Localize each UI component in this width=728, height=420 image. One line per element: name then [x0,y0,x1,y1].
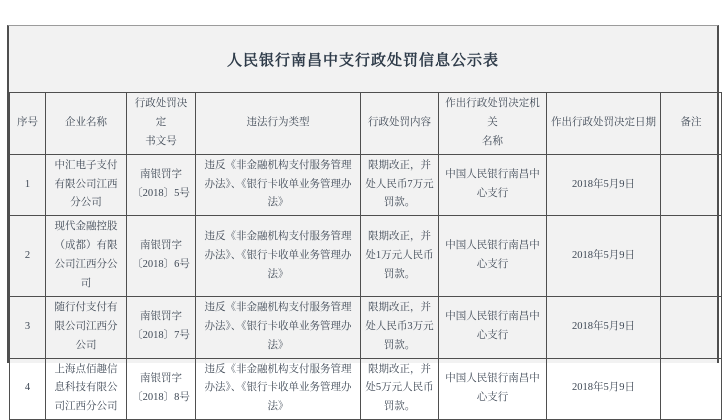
column-header-doc_no: 行政处罚决定 书文号 [127,93,196,155]
table-row: 3随行付支付有限公司江西分公司南银罚字 〔2018〕7号违反《非金融机构支付服务… [10,296,722,358]
table-row: 2现代金融控股（成都）有限公司江西分公司南银罚字 〔2018〕6号违反《非金融机… [10,216,722,297]
cell-doc_no: 南银罚字 〔2018〕6号 [127,216,196,297]
cell-doc_no: 南银罚字 〔2018〕8号 [127,358,196,371]
column-header-company: 企业名称 [46,93,127,155]
cell-penalty: 限期改正，并处人民币3万元罚款。 [361,296,439,358]
cell-company: 现代金融控股（成都）有限公司江西分公司 [46,216,127,297]
cell-date: 2018年5月9日 [547,296,661,358]
cell-doc_no: 南银罚字 〔2018〕5号 [127,154,196,216]
page-title: 人民银行南昌中支行政处罚信息公示表 [227,49,499,70]
cell-violation: 违反《非金融机构支付服务管理办法》、《银行卡收单业务管理办法》 [196,216,361,297]
column-header-remarks: 备注 [661,93,722,155]
column-header-index: 序号 [10,93,46,155]
penalty-disclosure-panel: 人民银行南昌中支行政处罚信息公示表 序号企业名称行政处罚决定 书文号违法行为类型… [7,25,719,363]
cell-index: 2 [10,216,46,297]
column-header-violation: 违法行为类型 [196,93,361,155]
cell-date: 2018年5月9日 [547,358,661,371]
cell-violation: 违反《非金融机构支付服务管理办法》、《银行卡收单业务管理办法》 [196,358,361,371]
title-band: 人民银行南昌中支行政处罚信息公示表 [9,26,717,92]
header-row: 序号企业名称行政处罚决定 书文号违法行为类型行政处罚内容作出行政处罚决定机关 名… [10,93,722,155]
cell-remarks [661,296,722,358]
cell-date: 2018年5月9日 [547,216,661,297]
cell-penalty: 限期改正，并处1万元人民币罚款。 [361,216,439,297]
cell-authority: 中国人民银行南昌中心支行 [439,154,547,216]
column-header-authority: 作出行政处罚决定机关 名称 [439,93,547,155]
table-body: 1中汇电子支付有限公司江西分公司南银罚字 〔2018〕5号违反《非金融机构支付服… [10,154,722,371]
cell-doc_no: 南银罚字 〔2018〕7号 [127,296,196,358]
cell-penalty: 限期改正，并处5万元人民币罚款。 [361,358,439,371]
table-row: 1中汇电子支付有限公司江西分公司南银罚字 〔2018〕5号违反《非金融机构支付服… [10,154,722,216]
cell-violation: 违反《非金融机构支付服务管理办法》、《银行卡收单业务管理办法》 [196,296,361,358]
cell-authority: 中国人民银行南昌中心支行 [439,216,547,297]
cell-remarks [661,358,722,371]
column-header-penalty: 行政处罚内容 [361,93,439,155]
cell-violation: 违反《非金融机构支付服务管理办法》、《银行卡收单业务管理办法》 [196,154,361,216]
cell-penalty: 限期改正，并处人民币7万元罚款。 [361,154,439,216]
cell-company: 中汇电子支付有限公司江西分公司 [46,154,127,216]
cell-company: 上海点佰趣信息科技有限公司江西分公司 [46,358,127,371]
cell-remarks [661,154,722,216]
cell-authority: 中国人民银行南昌中心支行 [439,296,547,358]
cell-index: 3 [10,296,46,358]
cell-company: 随行付支付有限公司江西分公司 [46,296,127,358]
table-row: 4上海点佰趣信息科技有限公司江西分公司南银罚字 〔2018〕8号违反《非金融机构… [10,358,722,371]
cell-remarks [661,216,722,297]
cell-index: 4 [10,358,46,371]
column-header-date: 作出行政处罚决定日期 [547,93,661,155]
cell-index: 1 [10,154,46,216]
cell-authority: 中国人民银行南昌中心支行 [439,358,547,371]
penalty-table: 序号企业名称行政处罚决定 书文号违法行为类型行政处罚内容作出行政处罚决定机关 名… [9,92,722,371]
cell-date: 2018年5月9日 [547,154,661,216]
